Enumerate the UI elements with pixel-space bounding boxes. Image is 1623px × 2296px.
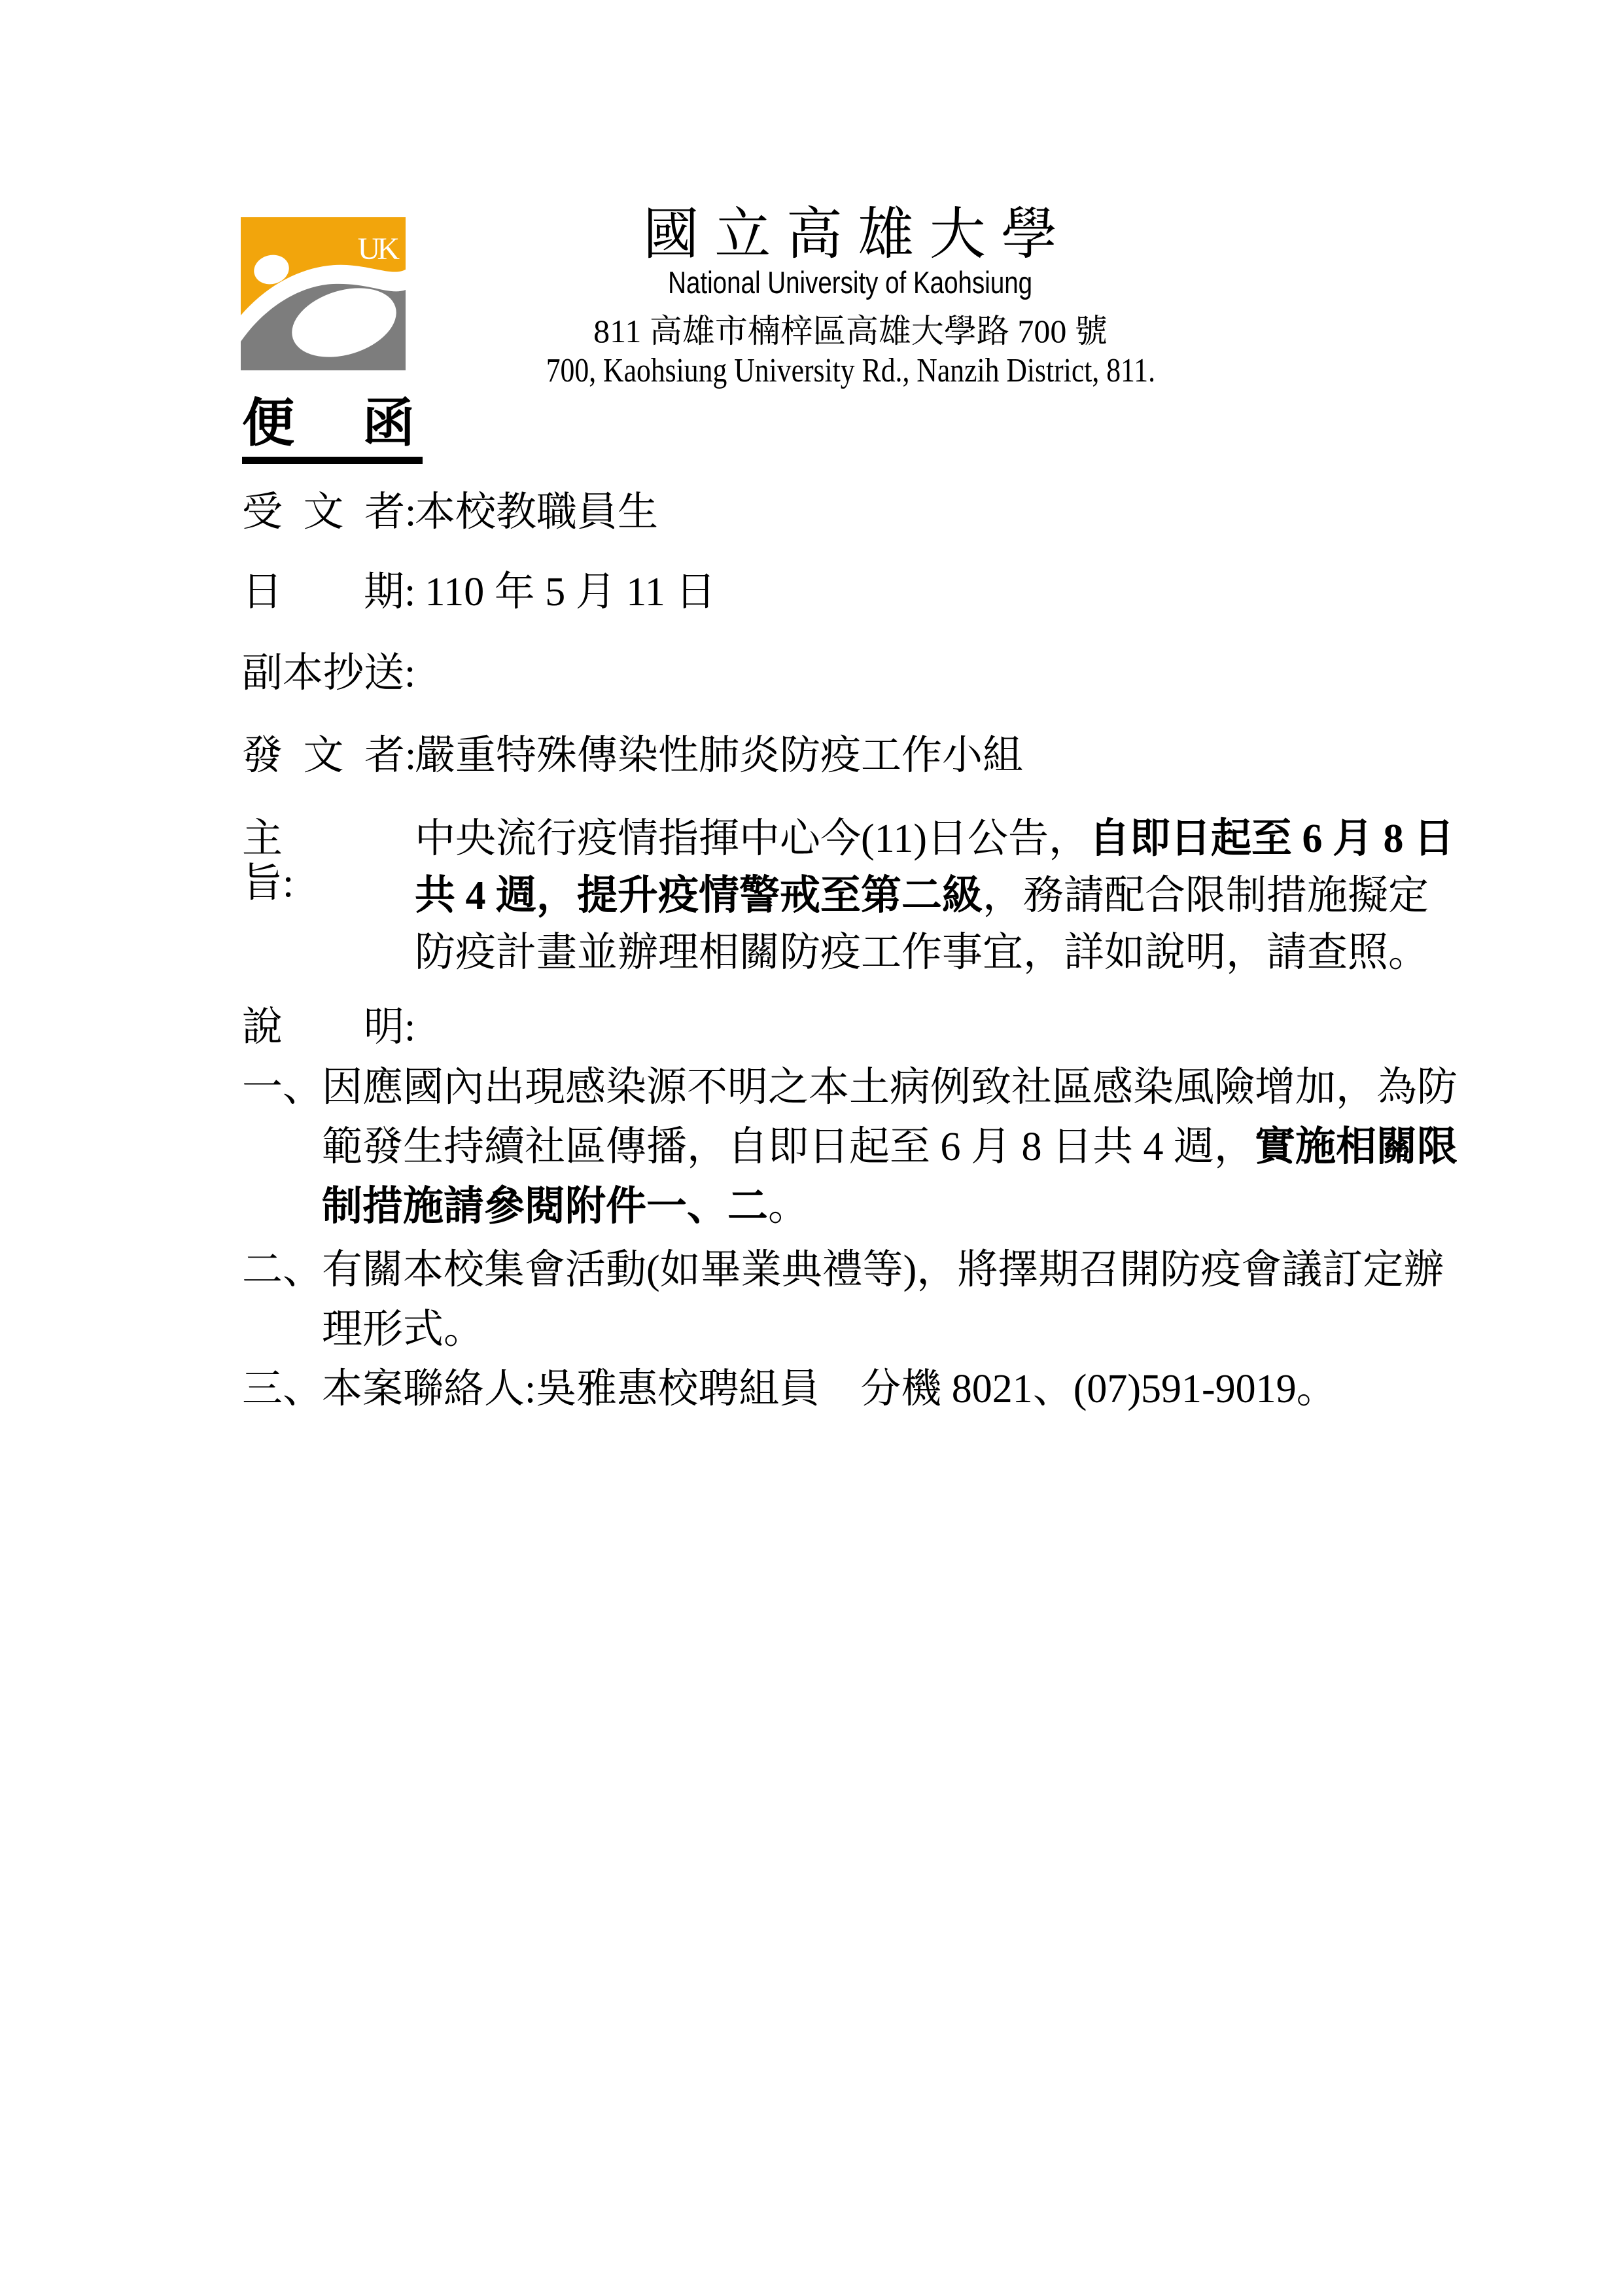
item-run: 範發生持續社區傳播，自即日起至 6 月 8 日共 4 週，: [322, 1125, 1255, 1169]
field-date-label: 日 期:: [242, 571, 415, 614]
doc-type-heading: 便 函: [242, 398, 423, 464]
item-1-line-1: 因應國內出現感染源不明之本土病例致社區感染風險增加，為防: [322, 1065, 1433, 1125]
item-run: 本案聯絡人:吳雅惠校聘組員 分機 8021、(07)591-9019。: [322, 1367, 1337, 1411]
explanation-items: 一、 因應國內出現感染源不明之本土病例致社區感染風險增加，為防 範發生持續社區傳…: [242, 1065, 1433, 1426]
subject-run: 中央流行疫情指揮中心今(11)日公告，: [415, 817, 1089, 861]
university-address-zh: 811 高雄市楠梓區高雄大學路 700 號: [340, 313, 1361, 349]
subject-text: 中央流行疫情指揮中心今(11)日公告，自即日起至 6 月 8 日 共 4 週，提…: [415, 817, 1454, 987]
item-run-bold: 實施相關限: [1255, 1125, 1457, 1169]
item-run: 因應國內出現感染源不明之本土病例致社區感染風險增加，為防: [322, 1065, 1457, 1110]
subject-run: 防疫計畫並辦理相關防疫工作事宜，詳如說明，請查照。: [415, 930, 1429, 975]
explanation-item-3: 三、 本案聯絡人:吳雅惠校聘組員 分機 8021、(07)591-9019。: [242, 1367, 1433, 1426]
subject-run: ，務請配合限制措施擬定: [983, 874, 1429, 918]
item-3-marker: 三、: [242, 1367, 323, 1411]
university-name-zh: 國 立 高 雄 大 學: [340, 204, 1361, 264]
university-address-en-row: 700, Kaohsiung University Rd., Nanzih Di…: [340, 352, 1361, 398]
subject-run-bold: 共 4 週，提升疫情警戒至第二級: [415, 874, 983, 918]
item-1-line-2: 範發生持續社區傳播，自即日起至 6 月 8 日共 4 週，實施相關限: [322, 1125, 1433, 1184]
field-sender: 發 文 者:嚴重特殊傳染性肺炎防疫工作小組: [242, 734, 1023, 777]
field-subject: 主 旨: 中央流行疫情指揮中心今(11)日公告，自即日起至 6 月 8 日 共 …: [242, 817, 1454, 987]
subject-line-3: 防疫計畫並辦理相關防疫工作事宜，詳如說明，請查照。: [415, 930, 1454, 987]
explanation-item-1: 一、 因應國內出現感染源不明之本土病例致社區感染風險增加，為防 範發生持續社區傳…: [242, 1065, 1433, 1244]
letterhead: 國 立 高 雄 大 學 National University of Kaohs…: [340, 204, 1361, 398]
item-1-line-3: 制措施請參閱附件一、二。: [322, 1184, 1433, 1244]
item-run: 有關本校集會活動(如畢業典禮等)，將擇期召開防疫會議訂定辦: [322, 1248, 1444, 1292]
university-name-en-row: National University of Kaohsiung: [340, 266, 1361, 308]
item-run: 。: [768, 1184, 809, 1229]
subject-line-1: 中央流行疫情指揮中心今(11)日公告，自即日起至 6 月 8 日: [415, 817, 1454, 874]
field-subject-label: 主 旨:: [242, 817, 415, 906]
memo-page: UK 國 立 高 雄 大 學 National University of Ka…: [0, 0, 1623, 2296]
university-address-en: 700, Kaohsiung University Rd., Nanzih Di…: [546, 352, 1155, 390]
subject-run-bold: 自即日起至 6 月 8 日: [1089, 817, 1454, 861]
item-2-line-1: 有關本校集會活動(如畢業典禮等)，將擇期召開防疫會議訂定辦: [322, 1248, 1433, 1307]
field-sender-label: 發 文 者:: [242, 734, 415, 777]
item-1-marker: 一、: [242, 1065, 323, 1110]
item-2-line-2: 理形式。: [322, 1307, 1433, 1367]
field-receiver: 受 文 者:本校教職員生: [242, 491, 658, 534]
item-2-marker: 二、: [242, 1248, 323, 1292]
explanation-label: 說 明:: [242, 1005, 415, 1050]
field-explanation-label: 說 明:: [242, 1005, 415, 1050]
item-run-bold: 制措施請參閱附件一、二: [322, 1184, 768, 1229]
field-cc-label: 副本抄送:: [242, 652, 415, 695]
item-run: 理形式。: [322, 1307, 484, 1352]
field-date-value: 110 年 5 月 11 日: [415, 570, 716, 614]
item-3-line-1: 本案聯絡人:吳雅惠校聘組員 分機 8021、(07)591-9019。: [322, 1367, 1433, 1426]
subject-line-2: 共 4 週，提升疫情警戒至第二級，務請配合限制措施擬定: [415, 874, 1454, 930]
field-sender-value: 嚴重特殊傳染性肺炎防疫工作小組: [415, 733, 1023, 778]
field-cc: 副本抄送:: [242, 652, 415, 695]
university-name-en: National University of Kaohsiung: [668, 266, 1032, 300]
field-receiver-value: 本校教職員生: [415, 490, 658, 535]
explanation-item-2: 二、 有關本校集會活動(如畢業典禮等)，將擇期召開防疫會議訂定辦 理形式。: [242, 1248, 1433, 1367]
field-receiver-label: 受 文 者:: [242, 491, 415, 534]
field-date: 日 期: 110 年 5 月 11 日: [242, 571, 716, 614]
